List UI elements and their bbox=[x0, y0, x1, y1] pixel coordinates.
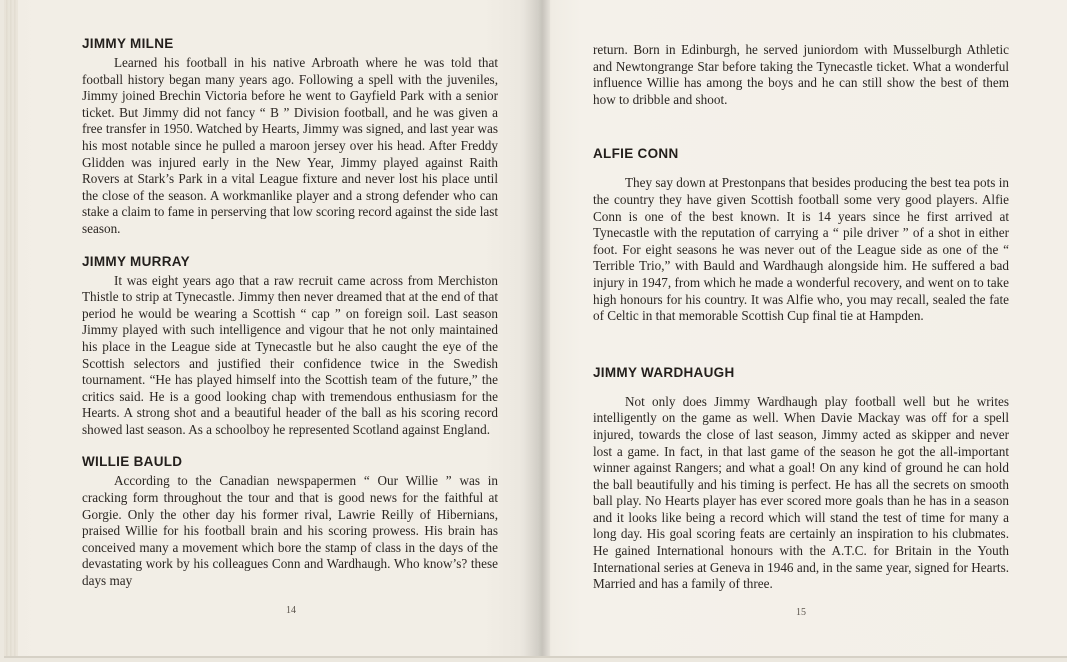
profile-jimmy-milne: JIMMY MILNE Learned his football in his … bbox=[82, 36, 498, 238]
section-heading: JIMMY MILNE bbox=[82, 36, 498, 51]
section-heading: JIMMY MURRAY bbox=[82, 254, 498, 269]
page-number: 15 bbox=[796, 607, 806, 618]
section-body: Not only does Jimmy Wardhaugh play footb… bbox=[593, 394, 1009, 593]
section-heading: WILLIE BAULD bbox=[82, 454, 498, 469]
page-number: 14 bbox=[286, 605, 296, 616]
section-heading: ALFIE CONN bbox=[593, 146, 1009, 161]
profile-jimmy-wardhaugh: JIMMY WARDHAUGH Not only does Jimmy Ward… bbox=[593, 365, 1009, 593]
section-body: Learned his football in his native Arbro… bbox=[82, 55, 498, 238]
section-body: They say down at Prestonpans that beside… bbox=[593, 175, 1009, 324]
profile-jimmy-murray: JIMMY MURRAY It was eight years ago that… bbox=[82, 254, 498, 439]
section-body: According to the Canadian newspapermen “… bbox=[82, 473, 498, 589]
section-heading: JIMMY WARDHAUGH bbox=[593, 365, 1009, 380]
left-page: JIMMY MILNE Learned his football in his … bbox=[4, 0, 542, 658]
page-edges bbox=[4, 0, 18, 656]
profile-willie-bauld: WILLIE BAULD According to the Canadian n… bbox=[82, 454, 498, 589]
right-page: return. Born in Edinburgh, he served jun… bbox=[542, 0, 1067, 658]
right-page-content: return. Born in Edinburgh, he served jun… bbox=[593, 42, 1009, 607]
profile-alfie-conn: ALFIE CONN They say down at Prestonpans … bbox=[593, 146, 1009, 324]
left-page-content: JIMMY MILNE Learned his football in his … bbox=[82, 36, 498, 604]
section-body: It was eight years ago that a raw recrui… bbox=[82, 273, 498, 439]
booklet-spread: JIMMY MILNE Learned his football in his … bbox=[0, 0, 1067, 662]
continued-text: return. Born in Edinburgh, he served jun… bbox=[593, 42, 1009, 108]
continuation-willie-bauld: return. Born in Edinburgh, he served jun… bbox=[593, 42, 1009, 108]
